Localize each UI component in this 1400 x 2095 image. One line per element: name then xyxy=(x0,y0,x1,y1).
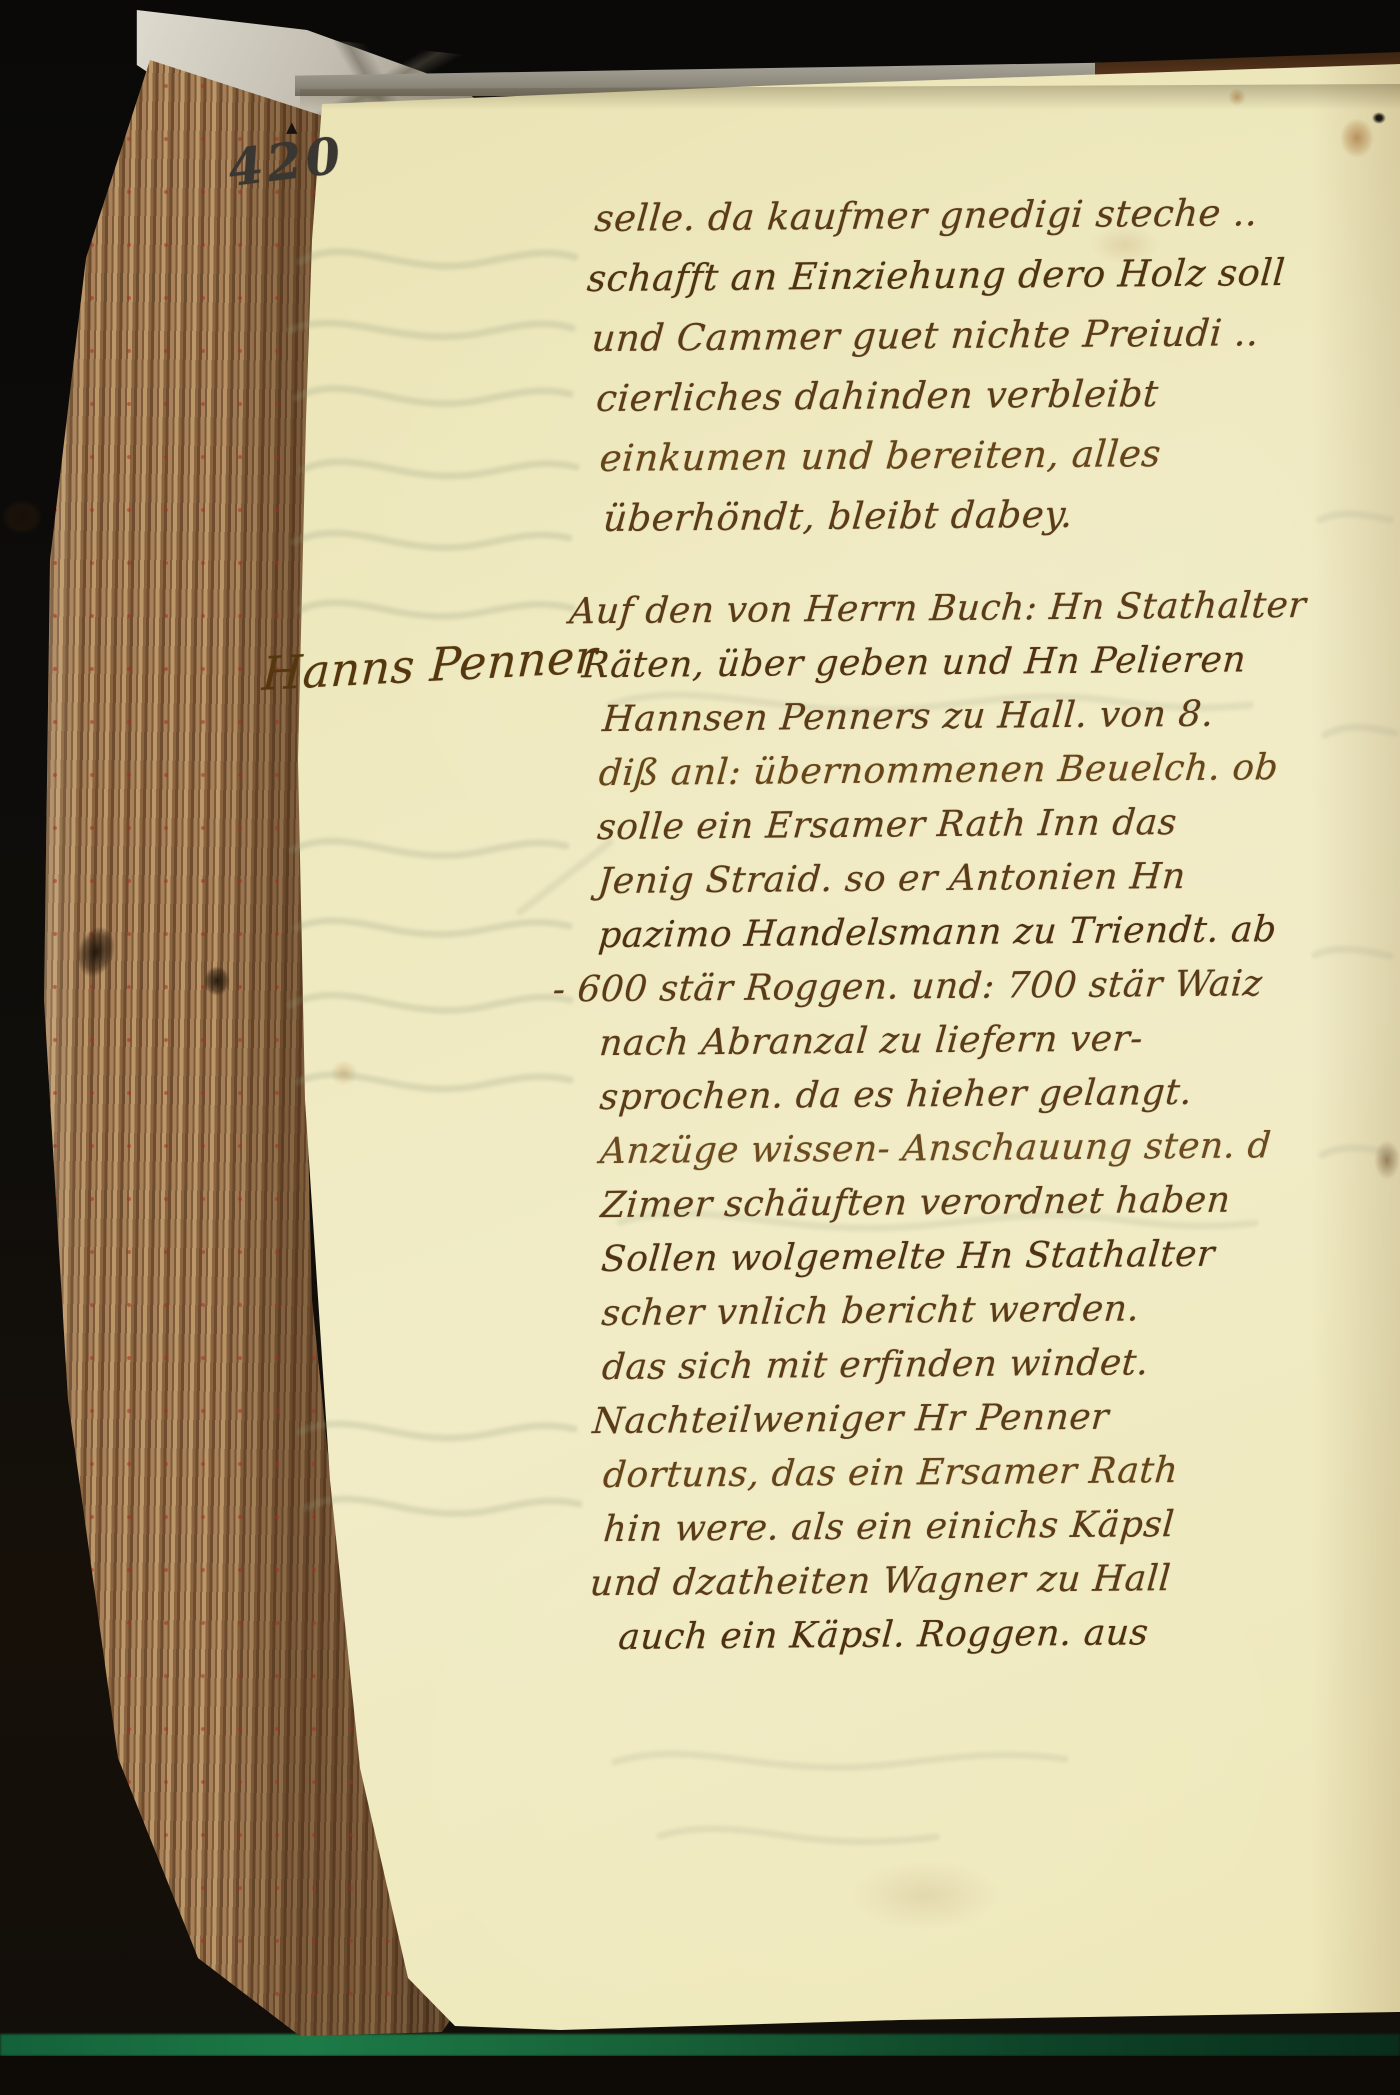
triangle-mark-icon: ▲ xyxy=(286,118,298,136)
bleed-line xyxy=(660,1829,936,1842)
bleed-line xyxy=(296,921,569,935)
bleed-line xyxy=(1322,1148,1394,1155)
manuscript-line: Zimer schäuften verordnet haben xyxy=(599,1173,1314,1233)
bleed-line xyxy=(1315,949,1390,956)
bleed-line xyxy=(615,1754,1065,1767)
manuscript-line: dortuns, das ein Ersamer Rath xyxy=(601,1443,1316,1503)
manuscript-line: cierliches dahinden verbleibt xyxy=(594,363,1289,429)
bleed-line xyxy=(1320,514,1390,520)
bleed-line xyxy=(290,323,572,337)
bleed-line xyxy=(294,533,569,548)
bleed-line xyxy=(306,1499,579,1514)
manuscript-line: Hannsen Penners zu Hall. von 8. xyxy=(600,687,1309,747)
paragraph-2: Auf den von Herrn Buch: Hn Stathalter Rä… xyxy=(595,579,1315,1665)
manuscript-line: - 600 stär Roggen. und: 700 stär Waiz xyxy=(551,957,1312,1018)
bleed-line xyxy=(1325,727,1395,735)
bleed-line xyxy=(298,1075,570,1089)
manuscript-line: Jenig Straid. so er Antonien Hn xyxy=(596,849,1311,909)
manuscript-line: überhöndt, bleibt dabey. xyxy=(601,483,1290,549)
manuscript-line: Auf den von Herrn Buch: Hn Stathalter xyxy=(567,579,1308,639)
bleed-line xyxy=(300,1424,574,1438)
manuscript-line: selle. da kaufmer gnedigi steche .. xyxy=(592,183,1287,249)
manuscript-line: einkumen und bereiten, alles xyxy=(597,423,1289,489)
paragraph-1: selle. da kaufmer gnedigi steche .. scha… xyxy=(594,183,1287,549)
manuscript-line: sprochen. da es hieher gelangt. xyxy=(598,1065,1313,1125)
manuscript-line: Sollen wolgemelte Hn Stathalter xyxy=(599,1227,1314,1287)
manuscript-line: solle ein Ersamer Rath Inn das xyxy=(595,795,1310,855)
bleed-line xyxy=(300,603,572,617)
manuscript-line: das sich mit erfinden windet. xyxy=(600,1335,1315,1395)
manuscript-line: und Cammer guet nichte Preiudi .. xyxy=(589,303,1288,369)
manuscript-line: hin were. als ein einichs Käpsl xyxy=(601,1497,1316,1557)
manuscript-line: nach Abranzal zu liefern ver- xyxy=(597,1011,1312,1071)
bleed-line xyxy=(296,389,570,404)
manuscript-line: schafft an Einziehung dero Holz soll xyxy=(585,243,1288,309)
manuscript-line: pazimo Handelsmann zu Triendt. ab xyxy=(596,903,1311,963)
manuscript-line: diß anl: übernommenen Beuelch. ob xyxy=(597,741,1310,801)
bleed-line xyxy=(290,995,570,1010)
photo-background: 420 ▲ Hanns Penner selle. da kaufmer gne… xyxy=(0,0,1400,2095)
manuscript-line: auch ein Käpsl. Roggen. aus xyxy=(616,1605,1317,1665)
bleed-line xyxy=(302,462,576,476)
manuscript-line: Nachteilweniger Hr Penner xyxy=(590,1389,1315,1449)
manuscript-line: Räten, über geben und Hn Pelieren xyxy=(580,633,1309,693)
manuscript-line: Anzüge wissen- Anschauung sten. d xyxy=(598,1119,1313,1179)
bleed-line xyxy=(292,841,566,856)
bleed-line xyxy=(300,252,575,266)
manuscript-line: scher vnlich bericht werden. xyxy=(600,1281,1315,1341)
manuscript-line: und dzatheiten Wagner zu Hall xyxy=(588,1551,1317,1611)
